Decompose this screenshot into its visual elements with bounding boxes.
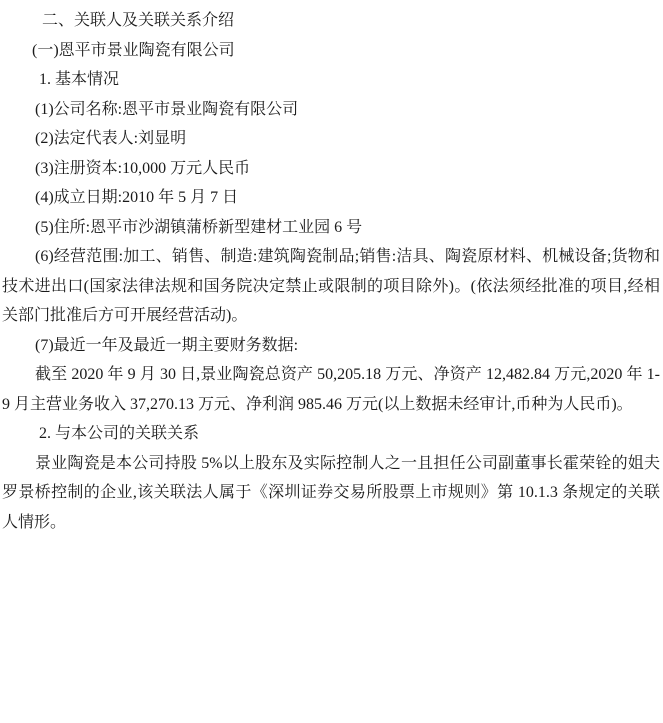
section-heading: 二、关联人及关联关系介绍 xyxy=(2,6,660,36)
basic-info-heading: 1. 基本情况 xyxy=(2,65,660,95)
company-subsection-heading: (一)恩平市景业陶瓷有限公司 xyxy=(2,36,660,66)
basic-info-item-establishment-date: (4)成立日期:2010 年 5 月 7 日 xyxy=(2,183,660,213)
basic-info-item-business-scope: (6)经营范围:加工、销售、制造:建筑陶瓷制品;销售:洁具、陶瓷原材料、机械设备… xyxy=(2,242,660,331)
relationship-paragraph: 景业陶瓷是本公司持股 5%以上股东及实际控制人之一且担任公司副董事长霍荣铨的姐夫… xyxy=(2,449,660,538)
document-page: 二、关联人及关联关系介绍 (一)恩平市景业陶瓷有限公司 1. 基本情况 (1)公… xyxy=(0,0,663,723)
financial-data-paragraph: 截至 2020 年 9 月 30 日,景业陶瓷总资产 50,205.18 万元、… xyxy=(2,360,660,419)
basic-info-item-financial-data-label: (7)最近一年及最近一期主要财务数据: xyxy=(2,331,660,361)
basic-info-item-company-name: (1)公司名称:恩平市景业陶瓷有限公司 xyxy=(2,95,660,125)
relationship-heading: 2. 与本公司的关联关系 xyxy=(2,419,660,449)
basic-info-item-legal-representative: (2)法定代表人:刘显明 xyxy=(2,124,660,154)
basic-info-item-registered-capital: (3)注册资本:10,000 万元人民币 xyxy=(2,154,660,184)
basic-info-item-address: (5)住所:恩平市沙湖镇蒲桥新型建材工业园 6 号 xyxy=(2,213,660,243)
